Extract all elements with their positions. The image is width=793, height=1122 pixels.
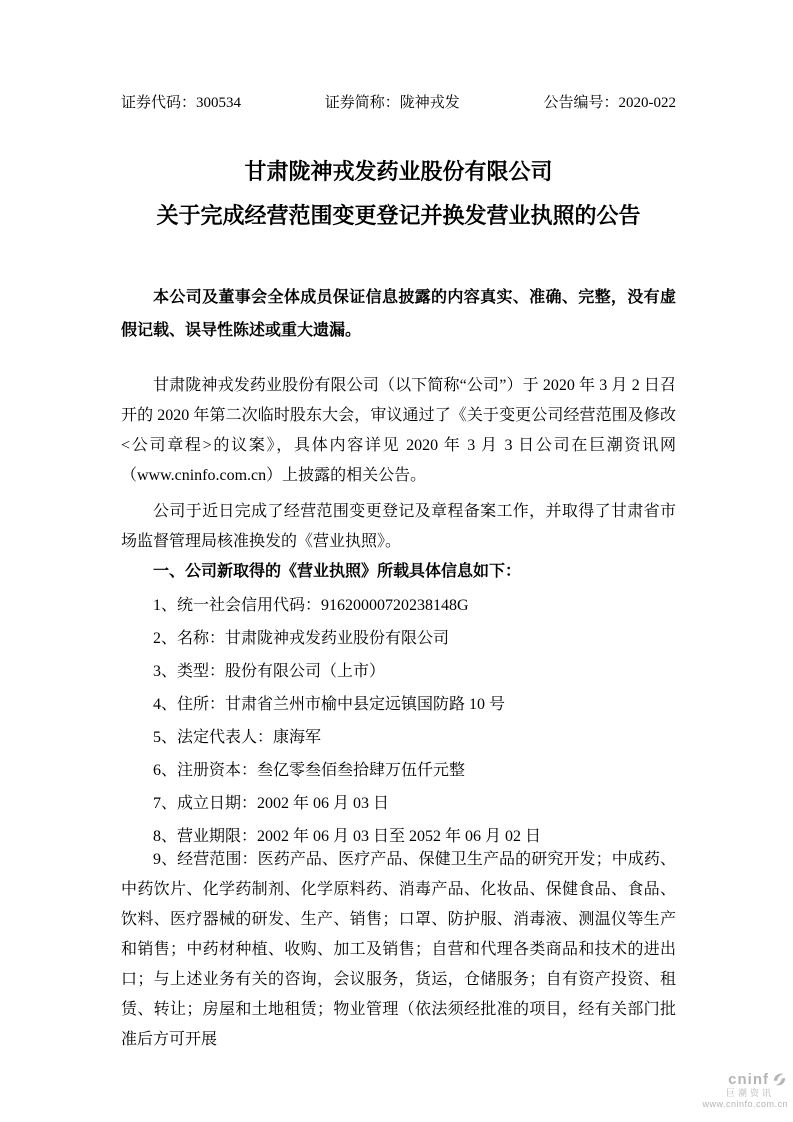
paragraph-shareholder-meeting: 甘肃陇神戎发药业股份有限公司（以下简称“公司”）于 2020 年 3 月 2 日… bbox=[121, 371, 676, 491]
cninfo-swirl-icon bbox=[771, 1071, 788, 1088]
document-header: 证券代码：300534 证券简称：陇神戎发 公告编号：2020-022 bbox=[121, 95, 676, 111]
cninfo-url: www.cninfo.com.cn bbox=[702, 1099, 788, 1110]
license-item-establishment-date: 7、成立日期：2002 年 06 月 03 日 bbox=[121, 787, 676, 820]
cninfo-logo-text: cninf bbox=[728, 1072, 769, 1087]
document-page: 证券代码：300534 证券简称：陇神戎发 公告编号：2020-022 甘肃陇神… bbox=[0, 0, 793, 1122]
stock-code: 证券代码：300534 bbox=[121, 95, 241, 111]
cninfo-logo-row: cninf bbox=[702, 1071, 788, 1088]
announcement-number: 公告编号：2020-022 bbox=[544, 95, 677, 111]
paragraph-registration-completed: 公司于近日完成了经营范围变更登记及章程备案工作，并取得了甘肃省市场监督管理局核准… bbox=[121, 497, 676, 557]
license-item-type: 3、类型：股份有限公司（上市） bbox=[121, 655, 676, 688]
business-scope-paragraph: 9、经营范围：医药产品、医疗产品、保健卫生产品的研究开发；中成药、中药饮片、化学… bbox=[121, 845, 676, 1055]
disclaimer-paragraph: 本公司及董事会全体成员保证信息披露的内容真实、准确、完整，没有虚假记载、误导性陈… bbox=[121, 281, 676, 347]
license-info-list: 1、统一社会信用代码：91620000720238148G 2、名称：甘肃陇神戎… bbox=[121, 589, 676, 853]
company-name-title: 甘肃陇神戎发药业股份有限公司 bbox=[121, 159, 676, 185]
license-item-name: 2、名称：甘肃陇神戎发药业股份有限公司 bbox=[121, 622, 676, 655]
license-item-registered-capital: 6、注册资本：叁亿零叁佰叁拾肆万伍仟元整 bbox=[121, 754, 676, 787]
license-item-legal-representative: 5、法定代表人：康海军 bbox=[121, 721, 676, 754]
license-item-address: 4、住所：甘肃省兰州市榆中县定远镇国防路 10 号 bbox=[121, 688, 676, 721]
cninfo-watermark: cninf 巨潮资讯 www.cninfo.com.cn bbox=[702, 1071, 788, 1110]
announcement-title: 关于完成经营范围变更登记并换发营业执照的公告 bbox=[121, 203, 676, 229]
license-item-credit-code: 1、统一社会信用代码：91620000720238148G bbox=[121, 589, 676, 622]
stock-short-name: 证券简称：陇神戎发 bbox=[325, 95, 460, 111]
cninfo-brand-chinese: 巨潮资讯 bbox=[702, 1088, 774, 1099]
section-heading-license-info: 一、公司新取得的《营业执照》所载具体信息如下： bbox=[121, 557, 676, 587]
